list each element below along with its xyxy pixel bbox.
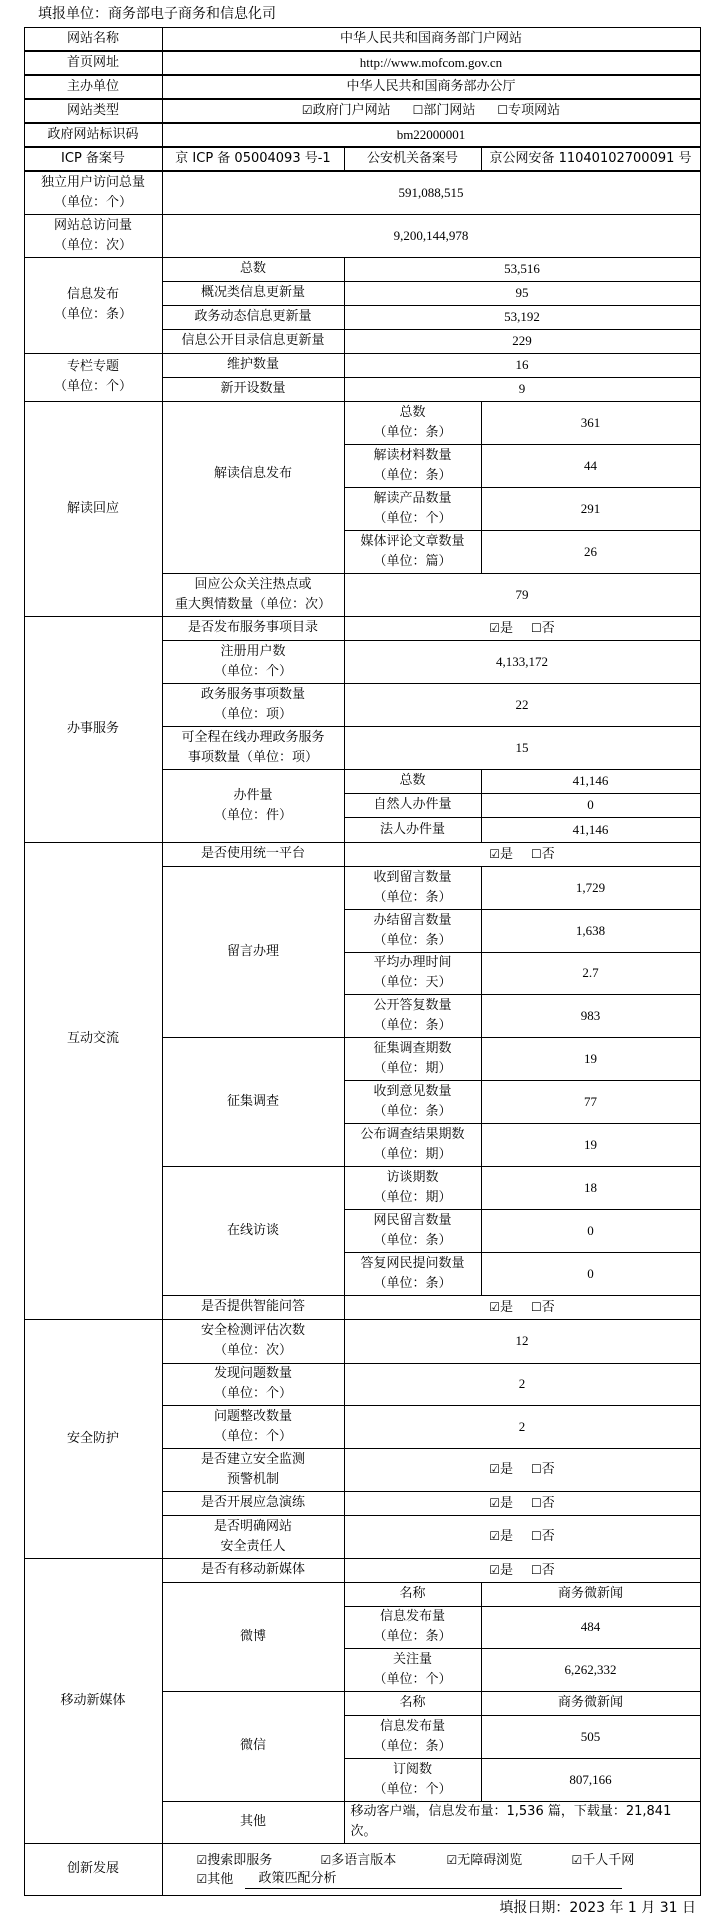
security-label: 安全防护 xyxy=(24,1319,163,1559)
security-row-label: 问题整改数量 （单位：个） xyxy=(162,1405,345,1449)
survey-row-label: 征集调查期数 （单位：期） xyxy=(344,1037,482,1081)
sponsor-value: 中华人民共和国商务部办公厅 xyxy=(162,75,701,99)
monitoring-label: 是否建立安全监测 预警机制 xyxy=(162,1448,345,1492)
interpretation-row-label: 总数 （单位：条） xyxy=(344,401,482,445)
drill-label: 是否开展应急演练 xyxy=(162,1491,345,1516)
checked-box-icon: ☑ xyxy=(197,1872,208,1886)
response-label: 回应公众关注热点或 重大舆情数量（单位：次） xyxy=(162,573,345,617)
interview-row-value: 0 xyxy=(481,1252,701,1296)
cases-row-value: 0 xyxy=(481,793,701,818)
checked-box-icon: ☑ xyxy=(197,1853,208,1867)
innovation-option-accessibility[interactable]: ☑无障碍浏览 xyxy=(447,1850,523,1871)
other-media-value: 移动客户端，信息发布量：1,536 篇，下载量：21,841 次。 xyxy=(344,1801,701,1844)
innovation-other-underline xyxy=(245,1888,622,1889)
unchecked-box-icon: ☐ xyxy=(531,1529,542,1543)
wechat-label: 微信 xyxy=(162,1691,345,1802)
info-publish-row-label: 总数 xyxy=(162,257,345,282)
new-media-label: 移动新媒体 xyxy=(24,1558,163,1844)
survey-row-label: 公布调查结果期数 （单位：期） xyxy=(344,1123,482,1167)
icp-label: ICP 备案号 xyxy=(24,147,163,171)
innovation-option-multilingual[interactable]: ☑多语言版本 xyxy=(321,1850,397,1871)
total-visits-label: 网站总访问量 （单位：次） xyxy=(24,214,163,258)
messages-row-label: 办结留言数量 （单位：条） xyxy=(344,909,482,953)
columns-row-label: 维护数量 xyxy=(162,353,345,378)
security-row-value: 2 xyxy=(344,1363,701,1406)
wechat-row-value: 807,166 xyxy=(481,1758,701,1802)
innovation-label: 创新发展 xyxy=(24,1843,163,1896)
no-option[interactable]: ☐否 xyxy=(531,844,555,865)
weibo-label: 微博 xyxy=(162,1582,345,1692)
columns-row-value: 16 xyxy=(344,353,701,378)
innovation-option-other[interactable]: ☑其他 xyxy=(197,1869,234,1890)
info-publish-row-value: 95 xyxy=(344,281,701,306)
info-publish-row-value: 53,516 xyxy=(344,257,701,282)
wechat-row-label: 信息发布量 （单位：条） xyxy=(344,1715,482,1759)
info-publish-row-label: 概况类信息更新量 xyxy=(162,281,345,306)
interpretation-row-value: 361 xyxy=(481,401,701,445)
police-record-label: 公安机关备案号 xyxy=(344,147,482,171)
yes-option[interactable]: ☑是 xyxy=(489,618,513,639)
registered-users-label: 注册用户数 （单位：个） xyxy=(162,640,345,684)
survey-label: 征集调查 xyxy=(162,1037,345,1167)
security-row-value: 2 xyxy=(344,1405,701,1449)
messages-row-label: 平均办理时间 （单位：天） xyxy=(344,952,482,995)
unified-platform-label: 是否使用统一平台 xyxy=(162,842,345,867)
interpretation-row-value: 44 xyxy=(481,444,701,488)
sponsor-label: 主办单位 xyxy=(24,75,163,99)
weibo-row-value: 6,262,332 xyxy=(481,1648,701,1692)
cases-row-label: 自然人办件量 xyxy=(344,793,482,818)
messages-row-value: 1,638 xyxy=(481,909,701,953)
yes-option[interactable]: ☑是 xyxy=(489,1459,513,1480)
police-record-value: 京公网安备 11040102700091 号 xyxy=(481,147,701,171)
unchecked-box-icon: ☐ xyxy=(531,1462,542,1476)
online-items-label: 可全程在线办理政务服务 事项数量（单位：项） xyxy=(162,726,345,770)
icp-value: 京 ICP 备 05004093 号-1 xyxy=(162,147,345,171)
interview-row-label: 访谈期数 （单位：期） xyxy=(344,1166,482,1210)
no-option[interactable]: ☐否 xyxy=(531,1459,555,1480)
weibo-row-value: 484 xyxy=(481,1606,701,1649)
site-name-value: 中华人民共和国商务部门户网站 xyxy=(162,27,701,51)
cases-row-label: 法人办件量 xyxy=(344,817,482,843)
drill-choice: ☑是 ☐否 xyxy=(344,1491,701,1516)
has-new-media-choice: ☑是 ☐否 xyxy=(344,1558,701,1583)
service-items-label: 政务服务事项数量 （单位：项） xyxy=(162,683,345,727)
unchecked-box-icon: ☐ xyxy=(531,1300,542,1314)
unchecked-box-icon: ☐ xyxy=(497,103,508,117)
homepage-url[interactable]: http://www.mofcom.gov.cn xyxy=(162,51,701,75)
weibo-row-label: 关注量 （单位：个） xyxy=(344,1648,482,1692)
interview-row-label: 答复网民提问数量 （单位：条） xyxy=(344,1252,482,1296)
checked-box-icon: ☑ xyxy=(489,1462,500,1476)
wechat-name-label: 名称 xyxy=(344,1691,482,1716)
innovation-other-value: 政策匹配分析 xyxy=(259,1869,337,1889)
no-option[interactable]: ☐否 xyxy=(531,1493,555,1514)
info-publish-row-label: 信息公开目录信息更新量 xyxy=(162,329,345,354)
messages-row-value: 983 xyxy=(481,994,701,1038)
wechat-row-value: 505 xyxy=(481,1715,701,1759)
yes-option[interactable]: ☑是 xyxy=(489,1297,513,1318)
smart-qa-choice: ☑是 ☐否 xyxy=(344,1295,701,1320)
site-code-label: 政府网站标识码 xyxy=(24,123,163,147)
site-type-options: ☑政府门户网站 ☐部门网站 ☐专项网站 xyxy=(162,99,701,123)
interaction-label: 互动交流 xyxy=(24,842,163,1320)
unique-visitors-value: 591,088,515 xyxy=(162,171,701,215)
survey-row-label: 收到意见数量 （单位：条） xyxy=(344,1080,482,1124)
interpretation-row-label: 解读产品数量 （单位：个） xyxy=(344,487,482,531)
service-catalog-choice: ☑是 ☐否 xyxy=(344,616,701,641)
info-publish-row-label: 政务动态信息更新量 xyxy=(162,305,345,330)
homepage-label: 首页网址 xyxy=(24,51,163,75)
checked-box-icon: ☑ xyxy=(572,1853,583,1867)
has-new-media-label: 是否有移动新媒体 xyxy=(162,1558,345,1583)
smart-qa-label: 是否提供智能问答 xyxy=(162,1295,345,1320)
weibo-row-label: 信息发布量 （单位：条） xyxy=(344,1606,482,1649)
no-option[interactable]: ☐否 xyxy=(531,1526,555,1547)
registered-users-value: 4,133,172 xyxy=(344,640,701,684)
service-catalog-label: 是否发布服务事项目录 xyxy=(162,616,345,641)
wechat-row-label: 订阅数 （单位：个） xyxy=(344,1758,482,1802)
cases-row-value: 41,146 xyxy=(481,769,701,794)
site-name-label: 网站名称 xyxy=(24,27,163,51)
messages-row-value: 2.7 xyxy=(481,952,701,995)
response-value: 79 xyxy=(344,573,701,617)
columns-label: 专栏专题 （单位：个） xyxy=(24,353,163,402)
yes-option[interactable]: ☑是 xyxy=(489,1493,513,1514)
checked-box-icon: ☑ xyxy=(489,1563,500,1577)
checked-box-icon: ☑ xyxy=(321,1853,332,1867)
weibo-name-value: 商务微新闻 xyxy=(481,1582,701,1607)
online-items-value: 15 xyxy=(344,726,701,770)
security-row-value: 12 xyxy=(344,1319,701,1364)
site-type-option-department[interactable]: ☐部门网站 xyxy=(413,100,476,121)
reporting-unit: 填报单位：商务部电子商务和信息化司 xyxy=(38,4,276,24)
unified-platform-choice: ☑是 ☐否 xyxy=(344,842,701,867)
checked-box-icon: ☑ xyxy=(489,1300,500,1314)
services-label: 办事服务 xyxy=(24,616,163,843)
checked-box-icon: ☑ xyxy=(489,847,500,861)
survey-row-value: 19 xyxy=(481,1123,701,1167)
site-type-option-special[interactable]: ☐专项网站 xyxy=(497,100,560,121)
interview-row-value: 18 xyxy=(481,1166,701,1210)
checked-box-icon: ☑ xyxy=(489,621,500,635)
interview-label: 在线访谈 xyxy=(162,1166,345,1296)
interpretation-row-value: 291 xyxy=(481,487,701,531)
other-media-label: 其他 xyxy=(162,1801,345,1844)
wechat-name-value: 商务微新闻 xyxy=(481,1691,701,1716)
responsible-person-label: 是否明确网站 安全责任人 xyxy=(162,1515,345,1559)
site-type-label: 网站类型 xyxy=(24,99,163,123)
messages-row-label: 公开答复数量 （单位：条） xyxy=(344,994,482,1038)
info-publish-row-value: 53,192 xyxy=(344,305,701,330)
cases-label: 办件量 （单位：件） xyxy=(162,769,345,843)
columns-row-label: 新开设数量 xyxy=(162,377,345,402)
unchecked-box-icon: ☐ xyxy=(531,847,542,861)
checked-box-icon: ☑ xyxy=(489,1529,500,1543)
yes-option[interactable]: ☑是 xyxy=(489,844,513,865)
responsible-person-choice: ☑是 ☐否 xyxy=(344,1515,701,1559)
checked-box-icon: ☑ xyxy=(447,1853,458,1867)
no-option[interactable]: ☐否 xyxy=(531,618,555,639)
weibo-name-label: 名称 xyxy=(344,1582,482,1607)
no-option[interactable]: ☐否 xyxy=(531,1560,555,1581)
monitoring-choice: ☑是 ☐否 xyxy=(344,1448,701,1492)
innovation-options: ☑搜索即服务 ☑多语言版本 ☑无障碍浏览 ☑千人千网 ☑其他 政策匹配分析 xyxy=(162,1843,701,1896)
cases-row-value: 41,146 xyxy=(481,817,701,843)
fill-date: 填报日期：2023 年 1 月 31 日 xyxy=(499,1898,696,1918)
columns-row-value: 9 xyxy=(344,377,701,402)
yes-option[interactable]: ☑是 xyxy=(489,1560,513,1581)
site-code-value: bm22000001 xyxy=(162,123,701,147)
cases-row-label: 总数 xyxy=(344,769,482,794)
info-publish-row-value: 229 xyxy=(344,329,701,354)
interview-row-value: 0 xyxy=(481,1209,701,1253)
security-row-label: 发现问题数量 （单位：个） xyxy=(162,1363,345,1406)
yes-option[interactable]: ☑是 xyxy=(489,1526,513,1547)
interview-row-label: 网民留言数量 （单位：条） xyxy=(344,1209,482,1253)
service-items-value: 22 xyxy=(344,683,701,727)
unchecked-box-icon: ☐ xyxy=(531,1496,542,1510)
no-option[interactable]: ☐否 xyxy=(531,1297,555,1318)
messages-row-value: 1,729 xyxy=(481,866,701,910)
unchecked-box-icon: ☐ xyxy=(413,103,424,117)
interpretation-row-label: 媒体评论文章数量 （单位：篇） xyxy=(344,530,482,574)
checked-box-icon: ☑ xyxy=(489,1496,500,1510)
survey-row-value: 19 xyxy=(481,1037,701,1081)
unique-visitors-label: 独立用户访问总量 （单位：个） xyxy=(24,171,163,215)
unchecked-box-icon: ☐ xyxy=(531,621,542,635)
checked-box-icon: ☑ xyxy=(302,103,313,117)
messages-row-label: 收到留言数量 （单位：条） xyxy=(344,866,482,910)
survey-row-value: 77 xyxy=(481,1080,701,1124)
unchecked-box-icon: ☐ xyxy=(531,1563,542,1577)
total-visits-value: 9,200,144,978 xyxy=(162,214,701,258)
site-type-option-portal[interactable]: ☑政府门户网站 xyxy=(302,100,391,121)
innovation-option-search-service[interactable]: ☑搜索即服务 xyxy=(197,1850,273,1871)
info-publish-label: 信息发布 （单位：条） xyxy=(24,257,163,354)
interpretation-row-value: 26 xyxy=(481,530,701,574)
interpretation-publish-label: 解读信息发布 xyxy=(162,401,345,574)
interpretation-label: 解读回应 xyxy=(24,401,163,617)
security-row-label: 安全检测评估次数 （单位：次） xyxy=(162,1319,345,1364)
interpretation-row-label: 解读材料数量 （单位：条） xyxy=(344,444,482,488)
innovation-option-personalized[interactable]: ☑千人千网 xyxy=(572,1850,635,1871)
messages-label: 留言办理 xyxy=(162,866,345,1038)
